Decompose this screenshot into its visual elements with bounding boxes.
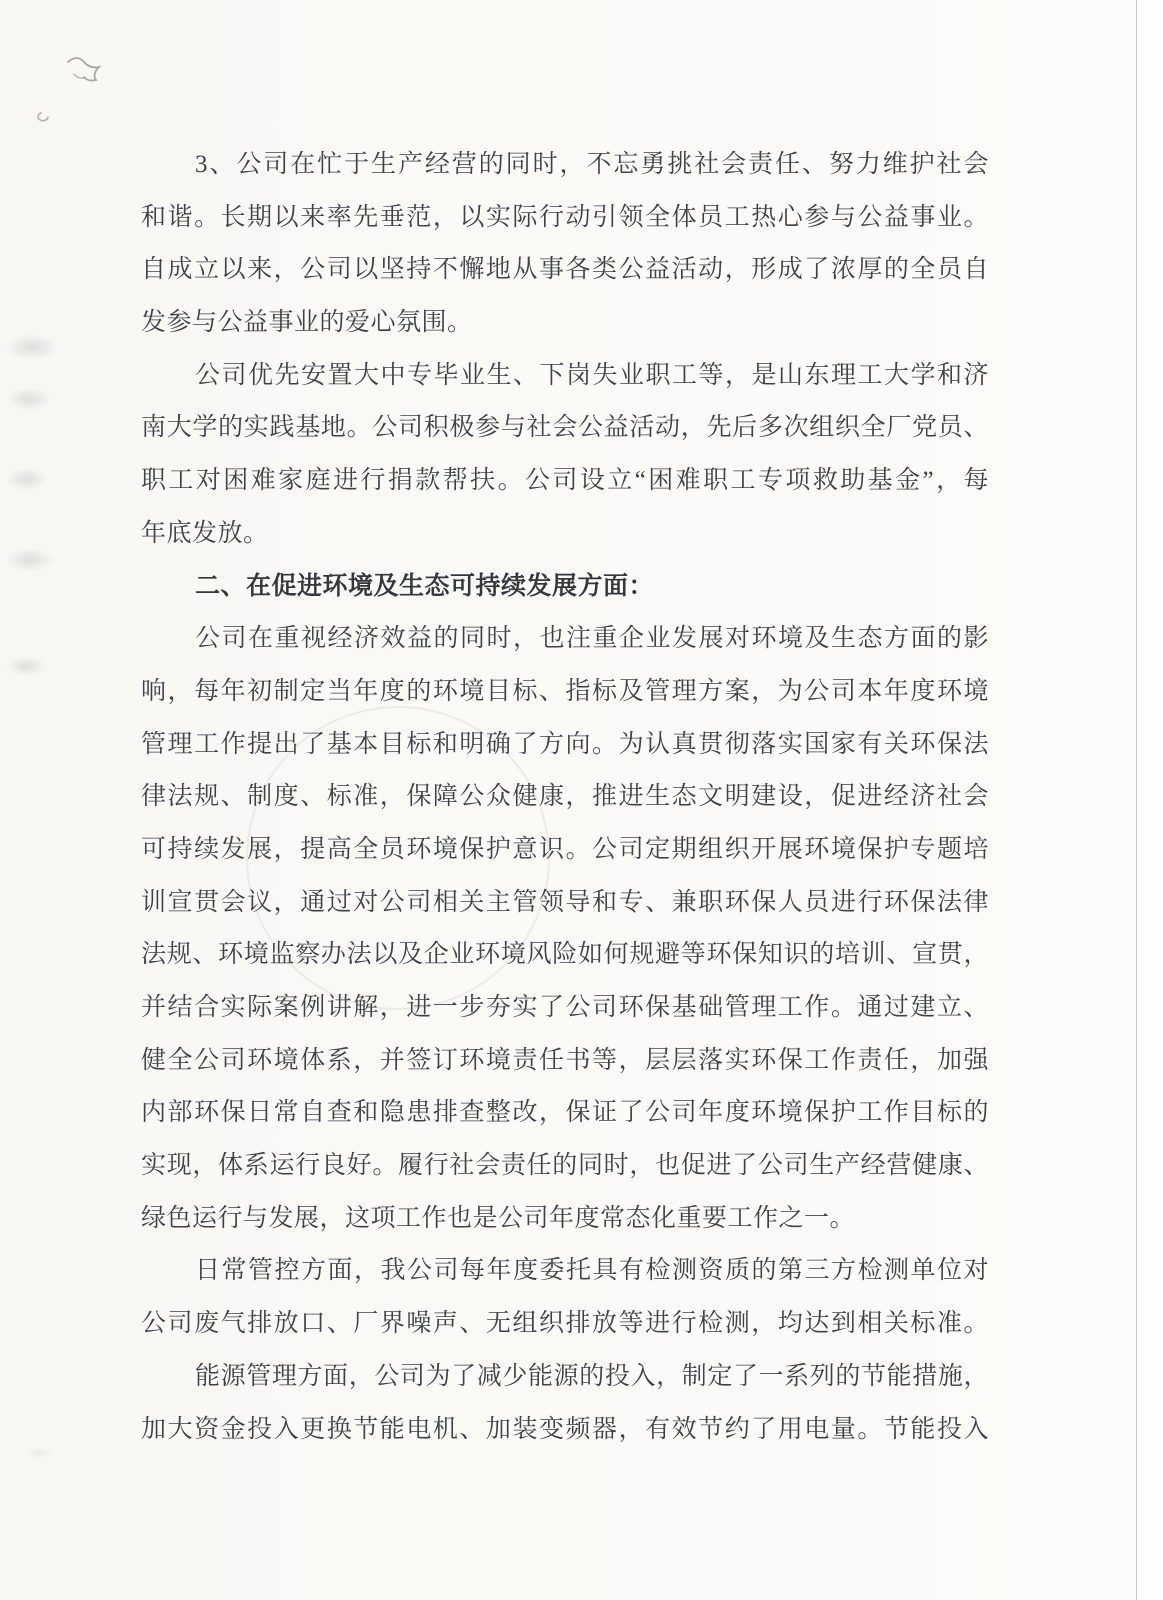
text-line: 律法规、制度、标准，保障公众健康，推进生态文明建设，促进经济社会 — [141, 771, 989, 824]
text-line: 并结合实际案例讲解，进一步夯实了公司环保基础管理工作。通过建立、 — [141, 982, 989, 1035]
text-line: 可持续发展，提高全员环境保护意识。公司定期组织开展环境保护专题培 — [141, 824, 989, 877]
text-line: 南大学的实践基地。公司积极参与社会公益活动，先后多次组织全厂党员、 — [141, 402, 989, 455]
document-body: 3、公司在忙于生产经营的同时，不忘勇挑社会责任、努力维护社会 和谐。长期以来率先… — [141, 139, 989, 1456]
text-line: 年底发放。 — [141, 508, 989, 561]
section-heading: 二、在促进环境及生态可持续发展方面： — [141, 561, 989, 614]
scan-smudge — [6, 334, 58, 360]
text-line: 响，每年初制定当年度的环境目标、指标及管理方案，为公司本年度环境 — [141, 666, 989, 719]
text-line: 实现，体系运行良好。履行社会责任的同时，也促进了公司生产经营健康、 — [141, 1140, 989, 1193]
text-line: 发参与公益事业的爱心氛围。 — [141, 297, 989, 350]
text-line: 公司在重视经济效益的同时，也注重企业发展对环境及生态方面的影 — [141, 613, 989, 666]
text-line: 3、公司在忙于生产经营的同时，不忘勇挑社会责任、努力维护社会 — [141, 139, 989, 192]
scan-smudge — [6, 656, 46, 676]
text-line: 管理工作提出了基本目标和明确了方向。为认真贯彻落实国家有关环保法 — [141, 719, 989, 772]
text-line: 能源管理方面，公司为了减少能源的投入，制定了一系列的节能措施， — [141, 1351, 989, 1404]
text-line: 法规、环境监察办法以及企业环境风险如何规避等环保知识的培训、宣贯， — [141, 929, 989, 982]
text-line: 加大资金投入更换节能电机、加装变频器，有效节约了用电量。节能投入 — [141, 1404, 989, 1457]
text-line: 内部环保日常自查和隐患排查整改，保证了公司年度环境保护工作目标的 — [141, 1087, 989, 1140]
text-line: 训宣贯会议，通过对公司相关主管领导和专、兼职环保人员进行环保法律 — [141, 877, 989, 930]
scan-smudge — [6, 468, 48, 490]
scan-edge-strip — [1137, 0, 1163, 1600]
text-line: 公司优先安置大中专毕业生、下岗失业职工等，是山东理工大学和济 — [141, 350, 989, 403]
text-line: 自成立以来，公司以坚持不懈地从事各类公益活动，形成了浓厚的全员自 — [141, 244, 989, 297]
text-line: 绿色运行与发展，这项工作也是公司年度常态化重要工作之一。 — [141, 1193, 989, 1246]
text-line: 日常管控方面，我公司每年度委托具有检测资质的第三方检测单位对 — [141, 1245, 989, 1298]
scan-edge-line — [1136, 0, 1137, 1600]
text-line: 公司废气排放口、厂界噪声、无组织排放等进行检测，均达到相关标准。 — [141, 1298, 989, 1351]
scan-smudge — [26, 1448, 52, 1458]
text-line: 职工对困难家庭进行捐款帮扶。公司设立“困难职工专项救助基金”，每 — [141, 455, 989, 508]
text-line: 和谐。长期以来率先垂范，以实际行动引领全体员工热心参与公益事业。 — [141, 192, 989, 245]
text-line: 健全公司环境体系，并签订环境责任书等，层层落实环保工作责任，加强 — [141, 1035, 989, 1088]
scanned-document-page: 3、公司在忙于生产经营的同时，不忘勇挑社会责任、努力维护社会 和谐。长期以来率先… — [0, 0, 1163, 1600]
scan-smudge — [6, 388, 52, 410]
scan-smudge — [6, 548, 54, 572]
